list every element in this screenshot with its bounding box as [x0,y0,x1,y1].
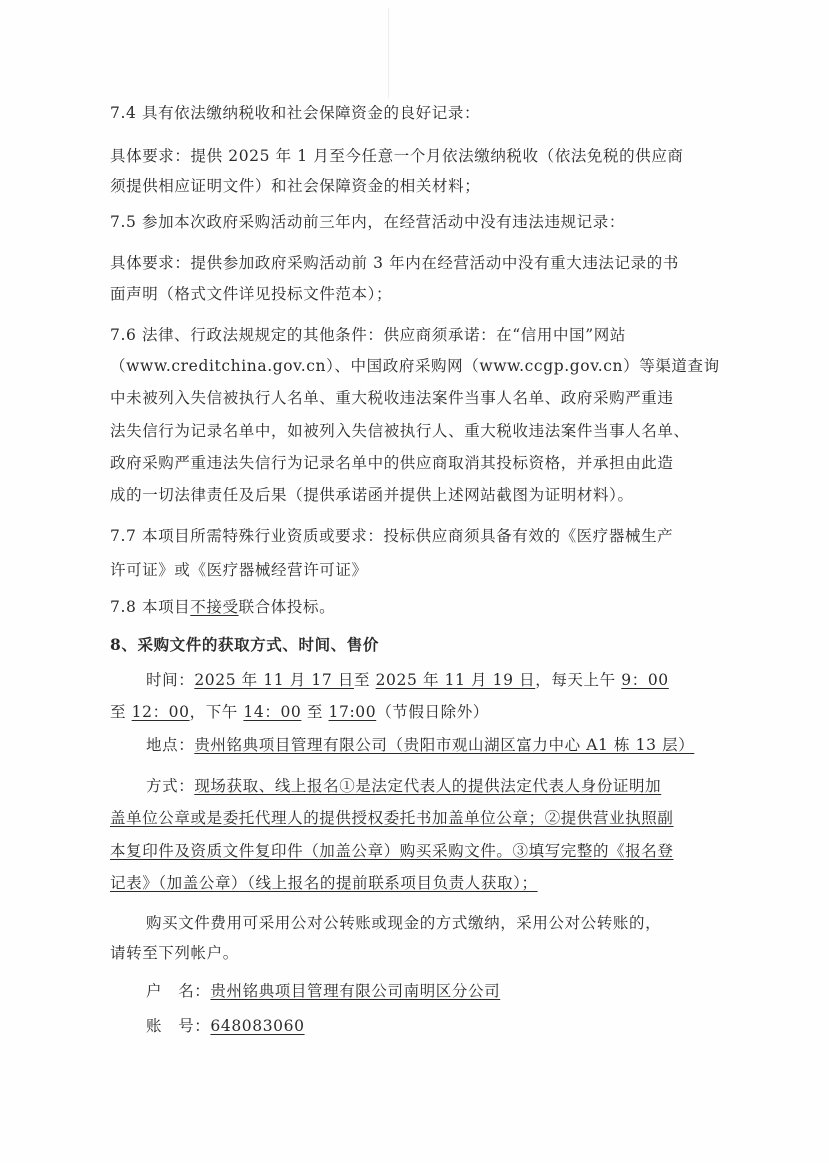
account-number-row: 账 号：648083060 [146,1016,756,1036]
section-8-method-line1: 方式：现场获取、线上报名①是法定代表人的提供法定代表人身份证明加 [146,776,756,796]
time-to-3: 至 [301,703,328,721]
time-daily: ，每天上午 [535,671,621,689]
section-7-6-line5: 政府采购严重违法失信行为记录名单中的供应商取消其投标资格，并承担由此造 [110,453,720,473]
section-8-method-line2: 盖单位公章或是委托代理人的提供授权委托书加盖单位公章；②提供营业执照副 [110,808,720,828]
location-label: 地点： [146,736,194,754]
section-7-6-line4: 法失信行为记录名单中，如被列入失信被执行人、重大税收违法案件当事人名单、 [110,421,720,441]
section-7-6-line3: 中未被列入失信被执行人名单、重大税收违法案件当事人名单、政府采购严重违 [110,388,720,408]
time-pm-start: 14：00 [243,703,301,721]
account-name-value: 贵州铭典项目管理有限公司南明区分公司 [210,982,500,1000]
time-am-start: 9：00 [621,671,669,689]
time-label: 时间： [146,671,194,689]
document-page: 7.4 具有依法缴纳税收和社会保障资金的良好记录： 具体要求：提供 2025 年… [0,0,829,1163]
section-8-method-line4: 记表》（加盖公章）（线上报名的提前联系项目负责人获取）； [110,873,720,893]
section-8-payment-line2: 请转至下列帐户。 [110,943,720,963]
account-number-value: 648083060 [210,1017,304,1035]
time-pm-label: ，下午 [190,703,244,721]
account-number-label: 账 号： [146,1017,210,1035]
section-7-5-req-line2: 面声明（格式文件详见投标文件范本）； [110,284,720,304]
section-7-8-suffix: 联合体投标。 [239,598,336,616]
account-name-row: 户 名：贵州铭典项目管理有限公司南明区分公司 [146,981,756,1001]
section-7-7-line2: 许可证》或《医疗器械经营许可证》 [110,560,720,580]
method-line1: 现场获取、线上报名①是法定代表人的提供法定代表人身份证明加 [194,777,661,795]
section-7-4-heading: 7.4 具有依法缴纳税收和社会保障资金的良好记录： [110,103,720,123]
section-7-5-heading: 7.5 参加本次政府采购活动前三年内，在经营活动中没有违法违规记录： [110,212,720,232]
time-to-1: 至 [354,671,376,689]
method-label: 方式： [146,777,194,795]
section-8-heading: 8、采购文件的获取方式、时间、售价 [110,635,720,655]
section-7-4-req-line1: 具体要求：提供 2025 年 1 月至今任意一个月依法缴纳税收（依法免税的供应商 [110,146,720,166]
account-name-label: 户 名： [146,982,210,1000]
time-pm-end: 17:00 [329,703,377,721]
section-7-6-line2: （www.creditchina.gov.cn）、中国政府采购网（www.ccg… [110,356,720,376]
section-7-6-line6: 成的一切法律责任及后果（提供承诺函并提供上述网站截图为证明材料）。 [110,485,720,505]
section-7-8: 7.8 本项目不接受联合体投标。 [110,597,720,617]
section-7-8-prefix: 7.8 本项目 [110,598,190,616]
section-8-location: 地点：贵州铭典项目管理有限公司（贵阳市观山湖区富力中心 A1 栋 13 层） [146,735,756,755]
section-8-time-line1: 时间：2025 年 11 月 17 日至 2025 年 11 月 19 日，每天… [146,670,756,690]
section-8-payment-line1: 购买文件费用可采用公对公转账或现金的方式缴纳，采用公对公转账的， [146,913,756,933]
section-8-time-line2: 至 12：00，下午 14：00 至 17:00（节假日除外） [110,702,720,722]
section-7-7-line1: 7.7 本项目所需特殊行业资质或要求：投标供应商须具备有效的《医疗器械生产 [110,526,720,546]
location-value: 贵州铭典项目管理有限公司（贵阳市观山湖区富力中心 A1 栋 13 层） [194,736,694,754]
time-end-date: 2025 年 11 月 19 日 [376,671,536,689]
section-7-4-req-line2: 须提供相应证明文件）和社会保障资金的相关材料； [110,176,720,196]
time-start-date: 2025 年 11 月 17 日 [194,671,354,689]
time-to-2: 至 [110,703,132,721]
time-am-end: 12：00 [132,703,190,721]
scan-artifact-line [388,8,389,98]
section-7-6-line1: 7.6 法律、行政法规规定的其他条件：供应商须承诺：在“信用中国”网站 [110,325,720,345]
time-note: （节假日除外） [376,703,489,721]
section-8-method-line3: 本复印件及资质文件复印件（加盖公章）购买采购文件。③填写完整的《报名登 [110,841,720,861]
section-7-8-underlined: 不接受 [190,598,238,616]
section-7-5-req-line1: 具体要求：提供参加政府采购活动前 3 年内在经营活动中没有重大违法记录的书 [110,253,720,273]
